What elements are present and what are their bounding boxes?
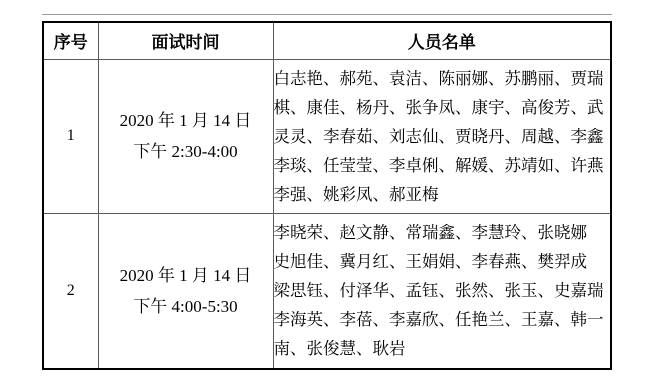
personnel-names-cell: 白志艳、郝苑、袁洁、陈丽娜、苏鹏丽、贾瑞 棋、康佳、杨丹、张争凤、康宇、高俊芳、… <box>273 59 611 213</box>
table-row: 2 2020 年 1 月 14 日 下午 4:00-5:30 李晓荣、赵文静、常… <box>43 213 611 369</box>
top-border-line <box>42 14 612 15</box>
interview-schedule-table: 序号 面试时间 人员名单 1 2020 年 1 月 14 日 下午 2:30-4… <box>42 21 612 370</box>
serial-number-cell: 2 <box>43 213 98 369</box>
interview-date-line: 2020 年 1 月 14 日 <box>99 260 273 291</box>
personnel-names-cell: 李晓荣、赵文静、常瑞鑫、李慧玲、张晓娜 史旭佳、冀月红、王娟娟、李春燕、樊羿成 … <box>273 213 611 369</box>
interview-hours-line: 下午 4:00-5:30 <box>99 291 273 322</box>
header-roster-cell: 人员名单 <box>273 22 611 59</box>
header-serial-cell: 序号 <box>43 22 98 59</box>
interview-time-cell: 2020 年 1 月 14 日 下午 2:30-4:00 <box>98 59 273 213</box>
serial-number-cell: 1 <box>43 59 98 213</box>
header-row: 序号 面试时间 人员名单 <box>43 22 611 59</box>
table-row: 1 2020 年 1 月 14 日 下午 2:30-4:00 白志艳、郝苑、袁洁… <box>43 59 611 213</box>
interview-time-cell: 2020 年 1 月 14 日 下午 4:00-5:30 <box>98 213 273 369</box>
interview-date-line: 2020 年 1 月 14 日 <box>99 105 273 136</box>
header-interview-time-cell: 面试时间 <box>98 22 273 59</box>
interview-hours-line: 下午 2:30-4:00 <box>99 136 273 167</box>
